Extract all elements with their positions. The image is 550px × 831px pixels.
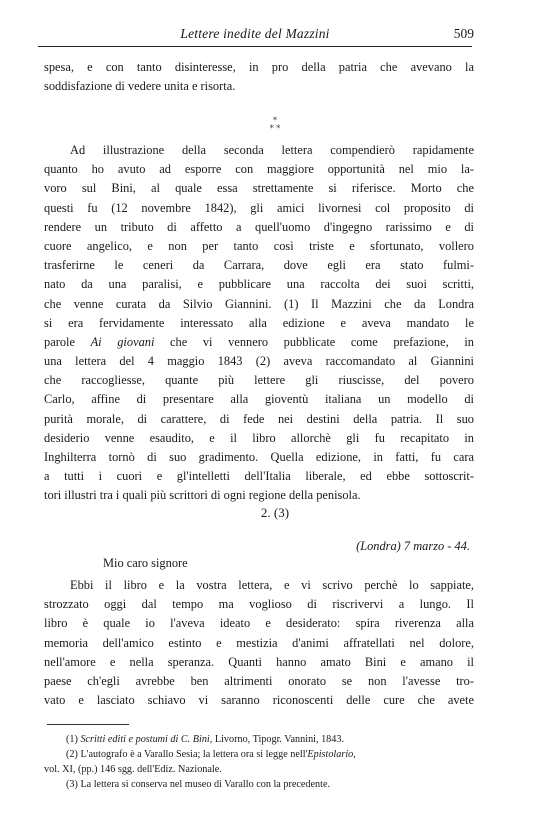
footnote-marker: (3) — [66, 779, 78, 790]
text-line: tori illustri tra i quali più scrittori … — [44, 486, 474, 505]
text-line-start: parole — [44, 335, 91, 349]
text-line: libro è quale io l'aveva ideato e deside… — [44, 614, 474, 633]
text-line: Carlo, affine di presentare alla giovent… — [44, 390, 474, 409]
footnote-italic: Epistolario — [307, 749, 353, 760]
text-line: trasferirne le ceneri da Carrara, dove e… — [44, 256, 474, 275]
footnote-marker: (1) — [66, 734, 78, 745]
text-line: vato e lasciato schiavo vi saranno ricon… — [44, 691, 474, 710]
text-line: voro sul Bini, al quale essa strettament… — [44, 179, 474, 198]
text-line: che venne curata da Silvio Giannini. (1)… — [44, 295, 474, 314]
scanned-book-page: Lettere inedite del Mazzini 509 spesa, e… — [0, 0, 550, 831]
footnote-italic: Scritti editi e postumi di C. Bini — [80, 734, 209, 745]
text-line: Inghilterra tornò di suo gradimento. Que… — [44, 448, 474, 467]
text-line: nell'amore e nella speranza. Quanti hann… — [44, 653, 474, 672]
footnote-text: La lettera si conserva nel museo di Vara… — [80, 779, 330, 790]
text-line: rendere un tributo di affetto a quell'uo… — [44, 218, 474, 237]
text-line: Ebbi il libro e la vostra lettera, e vi … — [44, 576, 474, 595]
header-rule — [38, 46, 472, 47]
footnote-2: (2) L'autografo è a Varallo Sesia; la le… — [44, 747, 474, 762]
text-line: desiderio venne esaudito, e il libro all… — [44, 429, 474, 448]
letter-dateline: (Londra) 7 marzo - 44. — [356, 539, 470, 554]
text-line: una lettera del 4 maggio 1843 (2) aveva … — [44, 352, 474, 371]
letter-salutation: Mio caro signore — [103, 556, 188, 571]
text-line: a tutti i cuori e gl'intelletti dell'Ita… — [44, 467, 474, 486]
text-line: soddisfazione di vedere unita e risorta. — [44, 77, 474, 96]
footnote-3: (3) La lettera si conserva nel museo di … — [44, 777, 474, 792]
text-line: nato da una paralisi, e pubblicare una r… — [44, 275, 474, 294]
text-line: questi fu (12 novembre 1842), gli amici … — [44, 199, 474, 218]
running-title: Lettere inedite del Mazzini — [38, 26, 472, 42]
text-line: quanto ho avuto ad esporre con maggiore … — [44, 160, 474, 179]
text-line: che raccogliesse, quante più lettere gli… — [44, 371, 474, 390]
footnote-marker: (2) — [66, 749, 78, 760]
letter-number: 2. (3) — [0, 505, 550, 521]
text-line: Ad illustrazione della seconda lettera c… — [44, 141, 474, 160]
page-number: 509 — [454, 26, 474, 42]
letter-body: Ebbi il libro e la vostra lettera, e vi … — [44, 576, 474, 710]
text-line: memoria dell'amico estinto e mestizia d'… — [44, 634, 474, 653]
text-line-end: che vi vennero pubblicate come prefazion… — [154, 335, 474, 349]
text-line: paese ch'egli avrebbe ben altrimenti ono… — [44, 672, 474, 691]
footnotes: (1) Scritti editi e postumi di C. Bini, … — [44, 732, 474, 792]
main-paragraph: Ad illustrazione della seconda lettera c… — [44, 141, 474, 506]
text-line: strozzato oggi dal tempo ma voglioso di … — [44, 595, 474, 614]
text-line: parole Ai giovani che vi vennero pubblic… — [44, 333, 474, 352]
text-line: spesa, e con tanto disinteresse, in pro … — [44, 58, 474, 77]
text-line: cuore angelico, e non per tanto così tri… — [44, 237, 474, 256]
footnote-text: L'autografo è a Varallo Sesia; la letter… — [80, 749, 307, 760]
asterism-bottom: * * — [0, 125, 550, 133]
continuation-paragraph: spesa, e con tanto disinteresse, in pro … — [44, 58, 474, 96]
footnote-2-continuation: vol. XI, (pp.) 146 sgg. dell'Ediz. Nazio… — [44, 762, 474, 777]
page-header: Lettere inedite del Mazzini 509 — [38, 22, 472, 46]
asterism-icon: * * * — [0, 117, 550, 133]
italic-title: Ai giovani — [91, 335, 155, 349]
footnote-rule — [47, 724, 129, 725]
footnote-text: , — [353, 749, 356, 760]
footnote-text: , Livorno, Tipogr. Vannini, 1843. — [210, 734, 344, 745]
text-line: si era fervidamente interessato alla edi… — [44, 314, 474, 333]
footnote-1: (1) Scritti editi e postumi di C. Bini, … — [44, 732, 474, 747]
text-line: purità morale, di carattere, di fede nei… — [44, 410, 474, 429]
